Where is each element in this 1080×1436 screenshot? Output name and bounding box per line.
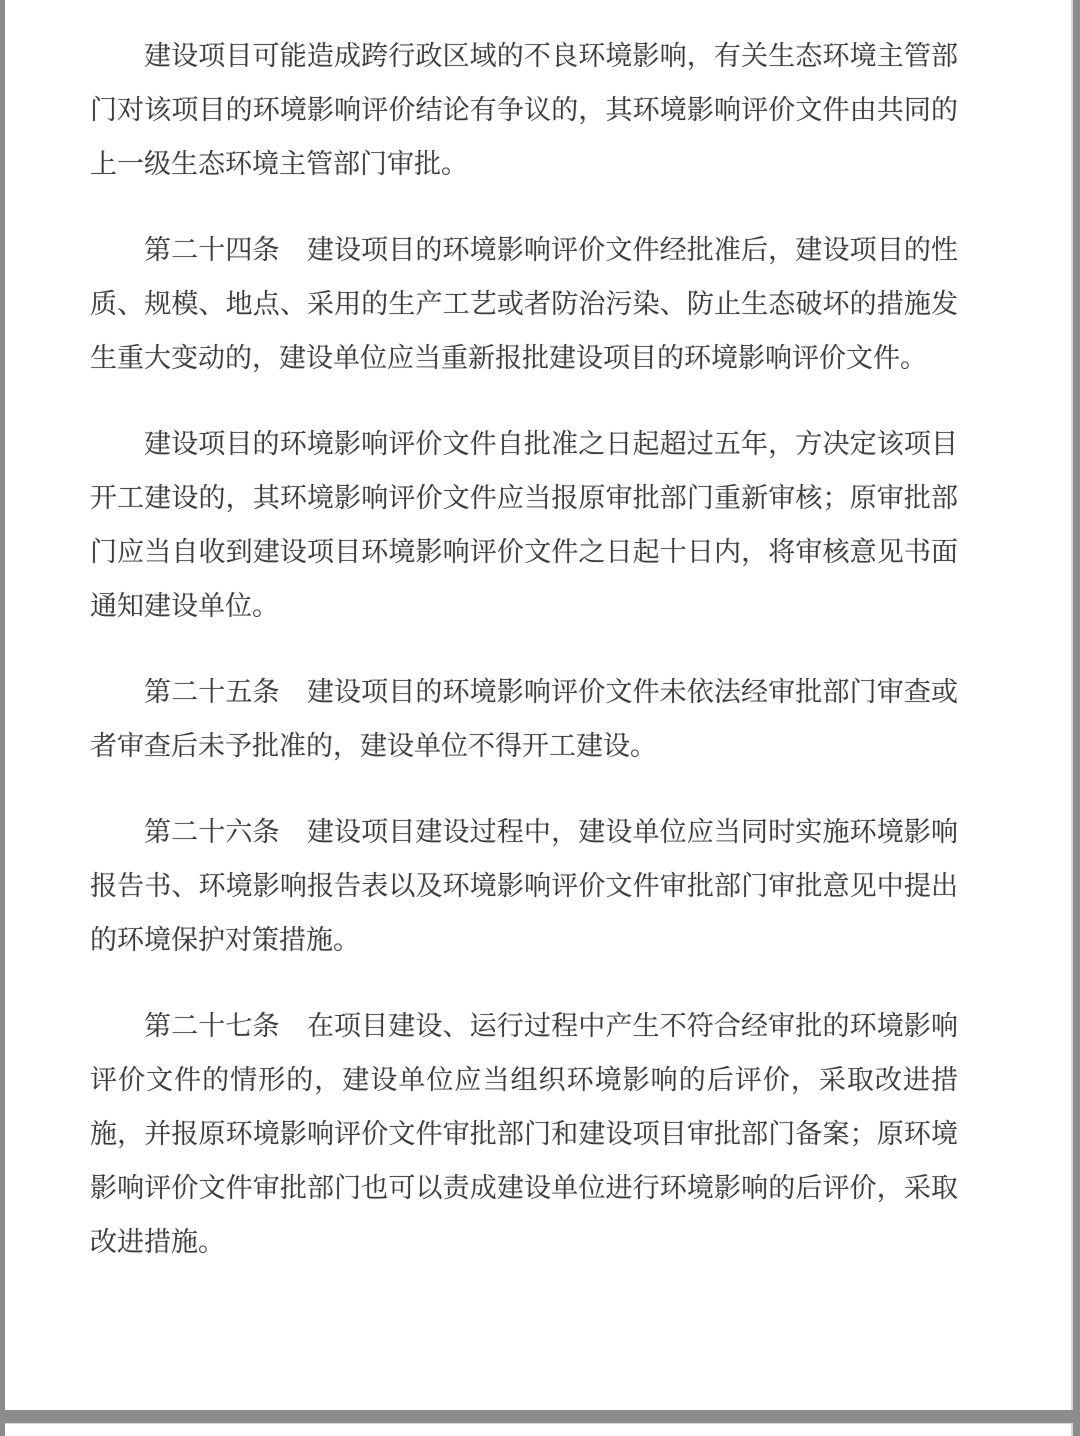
document-viewer: 建设项目可能造成跨行政区域的不良环境影响，有关生态环境主管部门对该项目的环境影响…	[0, 0, 1080, 1436]
text-line: 第二十四条 建设项目的环境影响评价文件经批准后，建设项目的性	[90, 223, 958, 277]
text-line: 的环境保护对策措施。	[90, 913, 958, 967]
text-line: 门应当自收到建设项目环境影响评价文件之日起十日内，将审核意见书面	[90, 525, 958, 579]
paragraph: 第二十五条 建设项目的环境影响评价文件未依法经审批部门审查或者审查后未予批准的，…	[90, 665, 958, 773]
document-page: 建设项目可能造成跨行政区域的不良环境影响，有关生态环境主管部门对该项目的环境影响…	[5, 0, 1073, 1410]
text-line: 施，并报原环境影响评价文件审批部门和建设项目审批部门备案；原环境	[90, 1107, 958, 1161]
text-line: 报告书、环境影响报告表以及环境影响评价文件审批部门审批意见中提出	[90, 859, 958, 913]
text-line: 者审查后未予批准的，建设单位不得开工建设。	[90, 719, 958, 773]
next-page-top	[5, 1423, 1073, 1436]
paragraph: 建设项目的环境影响评价文件自批准之日起超过五年，方决定该项目开工建设的，其环境影…	[90, 417, 958, 633]
page-text: 建设项目可能造成跨行政区域的不良环境影响，有关生态环境主管部门对该项目的环境影响…	[90, 29, 958, 1269]
paragraph: 建设项目可能造成跨行政区域的不良环境影响，有关生态环境主管部门对该项目的环境影响…	[90, 29, 958, 191]
paragraph: 第二十四条 建设项目的环境影响评价文件经批准后，建设项目的性质、规模、地点、采用…	[90, 223, 958, 385]
text-line: 第二十五条 建设项目的环境影响评价文件未依法经审批部门审查或	[90, 665, 958, 719]
text-line: 通知建设单位。	[90, 579, 958, 633]
text-line: 评价文件的情形的，建设单位应当组织环境影响的后评价，采取改进措	[90, 1053, 958, 1107]
text-line: 门对该项目的环境影响评价结论有争议的，其环境影响评价文件由共同的	[90, 83, 958, 137]
text-line: 建设项目可能造成跨行政区域的不良环境影响，有关生态环境主管部	[90, 29, 958, 83]
paragraph: 第二十七条 在项目建设、运行过程中产生不符合经审批的环境影响评价文件的情形的，建…	[90, 999, 958, 1269]
text-line: 开工建设的，其环境影响评价文件应当报原审批部门重新审核；原审批部	[90, 471, 958, 525]
text-line: 质、规模、地点、采用的生产工艺或者防治污染、防止生态破坏的措施发	[90, 277, 958, 331]
text-line: 第二十七条 在项目建设、运行过程中产生不符合经审批的环境影响	[90, 999, 958, 1053]
page-separator	[0, 1410, 1080, 1423]
text-line: 影响评价文件审批部门也可以责成建设单位进行环境影响的后评价，采取	[90, 1161, 958, 1215]
text-line: 上一级生态环境主管部门审批。	[90, 137, 958, 191]
text-line: 改进措施。	[90, 1215, 958, 1269]
paragraph: 第二十六条 建设项目建设过程中，建设单位应当同时实施环境影响报告书、环境影响报告…	[90, 805, 958, 967]
text-line: 生重大变动的，建设单位应当重新报批建设项目的环境影响评价文件。	[90, 331, 958, 385]
text-line: 第二十六条 建设项目建设过程中，建设单位应当同时实施环境影响	[90, 805, 958, 859]
text-line: 建设项目的环境影响评价文件自批准之日起超过五年，方决定该项目	[90, 417, 958, 471]
